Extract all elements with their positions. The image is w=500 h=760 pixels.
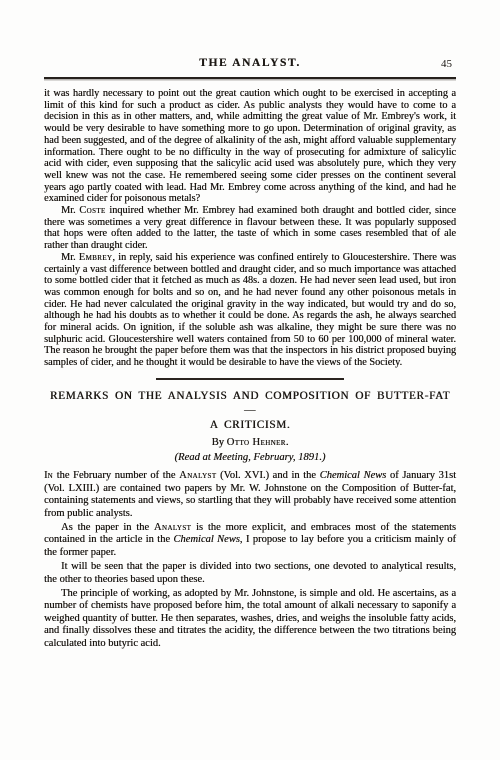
text-run: Embrey: [79, 252, 113, 263]
text-run: By: [212, 437, 227, 448]
article-title-line2: A CRITICISM.: [44, 418, 456, 433]
text-run: It will be seen that the paper is divide…: [44, 561, 456, 584]
text-run: the February number of the: [53, 470, 179, 481]
report-paragraph-coste: Mr. Coste inquired whether Mr. Embrey ha…: [44, 205, 456, 252]
text-column: it was hardly necessary to point out the…: [44, 88, 456, 650]
report-paragraph-continuation: it was hardly necessary to point out the…: [44, 88, 456, 205]
text-run: .: [286, 437, 289, 448]
header-rule: [44, 77, 456, 79]
text-run: Coste: [79, 205, 105, 216]
article-paragraph-scope: As the paper in the Analyst is the more …: [44, 522, 456, 559]
journal-page: THE ANALYST. 45 it was hardly necessary …: [0, 0, 500, 760]
page-number: 45: [441, 58, 452, 70]
discussion-report-section: it was hardly necessary to point out the…: [44, 88, 456, 369]
text-run: , in reply, said his experience was conf…: [44, 252, 456, 368]
page-header: THE ANALYST. 45: [0, 0, 500, 73]
text-run: Chemical News: [320, 470, 387, 481]
article-paragraph-principle: The principle of working, as adopted by …: [44, 588, 456, 650]
article-title-line1: REMARKS ON THE ANALYSIS AND COMPOSITION …: [44, 389, 456, 418]
article-paragraph-intro: In the February number of the Analyst (V…: [44, 470, 456, 520]
text-run: Mr.: [61, 252, 79, 263]
text-run: inquired whether Mr. Embrey had examined…: [44, 205, 456, 251]
text-run: Otto Hehner: [227, 437, 286, 448]
text-run: (Vol. XVI.) and in the: [216, 470, 319, 481]
section-divider-rule: [156, 378, 344, 380]
text-run: Chemical News: [173, 534, 239, 545]
article-read-note: (Read at Meeting, February, 1891.): [44, 452, 456, 463]
article-paragraph-sections: It will be seen that the paper is divide…: [44, 561, 456, 586]
report-paragraph-embrey-reply: Mr. Embrey, in reply, said his experienc…: [44, 252, 456, 369]
text-run: The principle of working, as adopted by …: [44, 588, 456, 649]
journal-title: THE ANALYST.: [0, 57, 500, 69]
text-run: Analyst: [179, 470, 216, 481]
text-run: Mr.: [61, 205, 79, 216]
article-byline: By Otto Hehner.: [44, 437, 456, 448]
article-title: REMARKS ON THE ANALYSIS AND COMPOSITION …: [44, 389, 456, 433]
article-body: In the February number of the Analyst (V…: [44, 470, 456, 650]
text-run: Analyst: [154, 522, 191, 533]
text-run: it was hardly necessary to point out the…: [44, 88, 456, 204]
text-run: As the paper in the: [61, 522, 154, 533]
article-section: REMARKS ON THE ANALYSIS AND COMPOSITION …: [44, 389, 456, 650]
